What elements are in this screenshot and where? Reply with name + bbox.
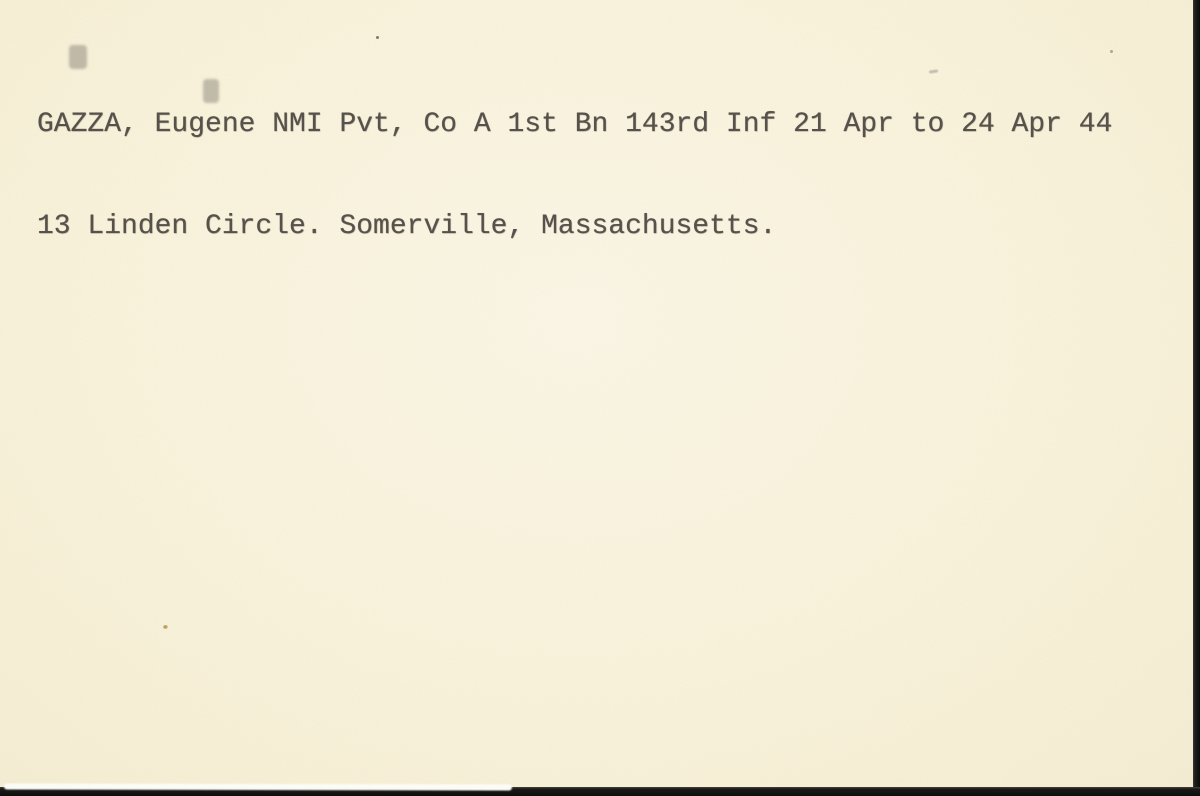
scanned-index-card: GAZZA, Eugene NMI Pvt, Co A 1st Bn 143rd… xyxy=(0,0,1200,796)
typewritten-text-block: GAZZA, Eugene NMI Pvt, Co A 1st Bn 143rd… xyxy=(37,40,1112,312)
index-card-paper: GAZZA, Eugene NMI Pvt, Co A 1st Bn 143rd… xyxy=(0,0,1200,796)
paper-speck xyxy=(163,625,168,629)
stray-ink-dot xyxy=(376,36,379,39)
card-edge-highlight xyxy=(4,783,512,790)
scan-edge-right xyxy=(1193,0,1200,796)
typed-line-home-address: 13 Linden Circle. Somerville, Massachuse… xyxy=(37,210,1112,244)
typed-line-name-unit-dates: GAZZA, Eugene NMI Pvt, Co A 1st Bn 143rd… xyxy=(37,108,1112,142)
